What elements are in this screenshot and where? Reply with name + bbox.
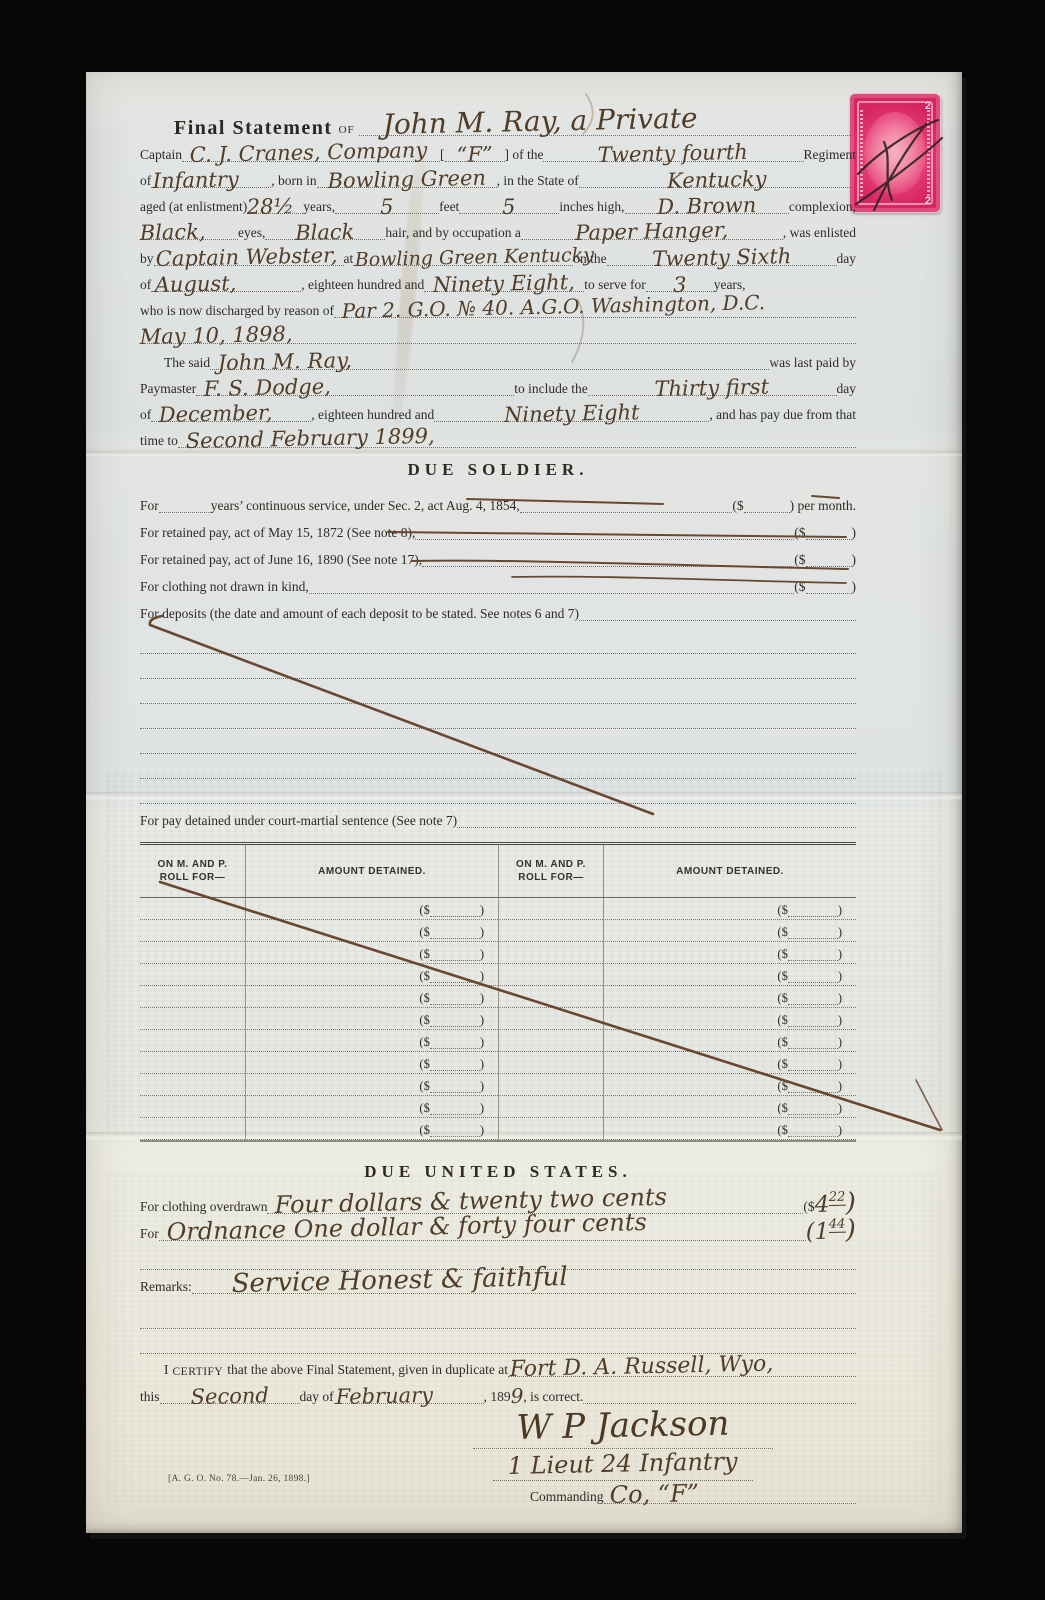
printed-text: ($ [777,969,787,984]
printed-text: ) [480,969,484,984]
table-row: ($) ($) [140,1074,856,1096]
printed-text: ) [838,991,842,1006]
printed-text: ) [480,1035,484,1050]
printed-text: ) [480,1079,484,1094]
roll-cell [140,898,245,920]
table-row: ($) ($) [140,1118,856,1140]
amount-cell: ($) [603,1030,856,1052]
dotted-leader [430,908,480,917]
field-enlist-year: Ninety Eight, [424,265,584,292]
printed-text: ($ [419,991,429,1006]
roll-cell [140,1074,245,1096]
table-row: ($) ($) [140,942,856,964]
hw-commanding-co: Co, “F” [609,1479,699,1509]
roll-cell [140,920,245,942]
dotted-leader [422,539,794,567]
dotted-leader [788,952,838,961]
field-hair: Black [265,213,385,240]
printed-text: ) [480,1013,484,1028]
dotted-leader [430,974,480,983]
printed-text: ($ [419,969,429,984]
blank-dotted-line [140,754,856,779]
form-line: For Ordnance One dollar & forty four cen… [140,1218,856,1245]
blank-dotted-line [140,679,856,704]
field-serve-years: 3 [646,265,714,292]
hw-paren: ) [845,1215,856,1245]
printed-text: ($ [794,552,805,568]
field-commanding-co: Co, “F” [604,1477,857,1504]
table-row: ($) ($) [140,1052,856,1074]
remarks-label: Remarks: [140,1279,192,1295]
amount-cell: ($) [245,1096,498,1118]
printed-text: ($ [777,903,787,918]
printed-text: ) [838,1101,842,1116]
roll-cell [140,942,245,964]
field-said-name: John M. Ray, [210,343,769,370]
field-discharge-reason: Par 2. G.O. № 40. A.G.O. Washington, D.C… [334,291,856,318]
amount-cell: ($) [603,1052,856,1074]
dotted-leader [430,1106,480,1115]
roll-cell [498,1052,603,1074]
certificate-section: I Certify that the above Final Statement… [140,1354,856,1508]
roll-cell [498,1074,603,1096]
stamp-microtext [860,110,863,196]
due-soldier-section: DUE SOLDIER. For years’ continuous servi… [140,460,856,832]
field-paymaster: F. S. Dodge, [196,369,514,396]
table-row: ($) ($) [140,986,856,1008]
column-header-roll: ON M. AND P. ROLL FOR— [140,845,245,897]
printed-text: day of [300,1389,334,1405]
table-row: ($) ($) [140,898,856,920]
dotted-leader [430,1128,480,1137]
hw-amount-dollars: 1 [814,1219,829,1245]
dotted-leader [415,512,794,540]
printed-text: ($ [777,925,787,940]
field-feet: 5 [335,187,439,214]
field-occupation: Paper Hanger, [521,213,783,240]
field-company-letter: “F” [445,135,505,162]
hw-inches: 5 [502,195,516,219]
column-header-amount: AMOUNT DETAINED. [245,845,498,897]
column-header-roll: ON M. AND P. ROLL FOR— [498,845,603,897]
field-service-years [159,485,211,513]
printed-text: ) [838,1079,842,1094]
dotted-leader [430,1084,480,1093]
roll-cell [140,1052,245,1074]
printed-text: of [140,173,151,189]
table-row: ($) ($) [140,964,856,986]
field-place-given: Fort D. A. Russell, Wyo, [508,1349,856,1377]
printed-text: ($ [419,947,429,962]
printed-text: ) [480,991,484,1006]
dotted-leader [788,1062,838,1071]
printed-text: For pay detained under court-martial sen… [140,813,457,829]
dotted-leader [788,974,838,983]
amount-cell: ($) [603,1074,856,1096]
field-inches: 5 [459,187,559,214]
printed-text: ($ [777,991,787,1006]
dotted-leader [430,930,480,939]
dotted-leader [430,996,480,1005]
printed-text: of [140,277,151,293]
printed-text: ($ [419,903,429,918]
printed-text: of [140,407,151,423]
amount-cell: ($) [603,898,856,920]
dotted-leader [579,593,856,621]
printed-text: at [344,251,354,267]
printed-text: ($ [419,1057,429,1072]
hw-enlist-month: August, [155,271,237,297]
stamp-microtext [927,110,930,196]
printed-text: ) [480,903,484,918]
roll-cell [140,964,245,986]
roll-cell [498,898,603,920]
form-line: Commanding Co, “F” [530,1482,856,1508]
dotted-leader [520,485,733,513]
printed-text: For retained pay, act of May 15, 1872 (S… [140,525,415,541]
printed-text: ) [852,525,857,541]
dotted-leader [457,799,856,828]
form-line: For deposits (the date and amount of eac… [140,598,856,625]
form-line: For pay detained under court-martial sen… [140,804,856,832]
printed-text: For [140,498,159,514]
blank-dotted-line [140,1304,856,1329]
printed-text: ) [480,1101,484,1116]
printed-text: ($ [419,1035,429,1050]
printed-text: For clothing not drawn in kind, [140,579,309,595]
form-footnote: [A. G. O. No. 78.—Jan. 26, 1898.] [168,1474,310,1484]
dotted-leader [788,1018,838,1027]
printed-text: For [140,1226,159,1242]
printed-text: , 189 [484,1389,511,1405]
dotted-leader [806,556,852,567]
amount-cell: ($) [245,1118,498,1140]
stamp-denomination: 2 [925,195,931,207]
dotted-leader [309,566,795,594]
dotted-leader [788,1084,838,1093]
printed-text: time to [140,433,178,449]
table-row: ($) ($) [140,920,856,942]
printed-text: For deposits (the date and amount of eac… [140,606,579,622]
table-row: ($) ($) [140,1030,856,1052]
printed-text: ) [838,969,842,984]
printed-text: ) [852,552,857,568]
dotted-leader [806,529,852,540]
amount-cell: ($) [245,942,498,964]
field-paid-day: Thirty first [588,369,837,396]
printed-text: complexion, [789,199,856,215]
field-soldier-name: John M. Ray, a Private [359,101,856,136]
field-branch: Infantry [151,161,271,188]
printed-text: ) [480,925,484,940]
roll-cell [498,986,603,1008]
table-body: ($) ($) ($) ($) ($) ($) ($) [140,898,856,1142]
field-month: February [334,1376,484,1404]
signature-block: W P Jackson 1 Lieut 24 Infantry Commandi… [390,1408,856,1508]
revenue-stamp: 2 2 [850,94,940,212]
hw-amount-cents: 22 [829,1190,846,1206]
printed-text: ) [838,1057,842,1072]
table-row: ($) ($) [140,1096,856,1118]
field-regiment: Twenty fourth [543,135,803,162]
dotted-leader [430,952,480,961]
column-header-amount: AMOUNT DETAINED. [603,845,856,897]
hw-rank-line: 1 Lieut 24 Infantry [507,1447,737,1480]
field-enlisted-by: Captain Webster, [154,239,344,266]
roll-cell [140,1030,245,1052]
amount-cell: ($) [603,1008,856,1030]
hw-paren: ( [805,1219,815,1245]
roll-cell [498,920,603,942]
printed-text: ) [480,947,484,962]
blank-dotted-line [140,729,856,754]
table-strike-hook [916,1080,942,1130]
field-enlist-day: Twenty Sixth [607,239,837,266]
form-line: this Second day of February , 189 9 , is… [140,1381,856,1408]
printed-text: day [837,381,857,397]
roll-cell [498,1096,603,1118]
field-paid-year: Ninety Eight [434,395,709,422]
printed-text: ($ [777,1101,787,1116]
field-state: Kentucky [579,161,856,188]
dotted-leader [788,908,838,917]
roll-cell [498,1030,603,1052]
amount-cell: ($) [603,964,856,986]
printed-text: ($ [777,1079,787,1094]
amount-cell: ($) [245,1008,498,1030]
identity-section: Final Statement of John M. Ray, a Privat… [140,106,856,452]
final-statement-document: 2 2 Final Statement of John M. Ray, a Pr… [86,72,962,1533]
dotted-leader [430,1018,480,1027]
field-eyes: Black, [140,213,238,240]
printed-text: ) [838,1013,842,1028]
printed-text: , is correct. [523,1389,583,1405]
roll-cell [140,1118,245,1140]
printed-text: ($ [777,1013,787,1028]
amount-cell: ($) [245,1030,498,1052]
field-captain-company: C. J. Cranes, Company [182,135,440,162]
due-united-states-section: DUE UNITED STATES. For clothing overdraw… [140,1162,856,1354]
hw-day: Second [190,1383,269,1409]
roll-cell [498,1008,603,1030]
dotted-leader [430,1040,480,1049]
printed-text: ($ [419,1123,429,1138]
roll-cell [498,942,603,964]
amount-cell: ($) [245,986,498,1008]
dotted-leader [788,1040,838,1049]
dotted-leader [788,1106,838,1115]
field-complexion: D. Brown [625,187,789,214]
amount-cell: ($) [603,1118,856,1140]
field-birthplace: Bowling Green [317,161,497,188]
printed-text: ] of the [505,147,544,163]
hw-year-digit: 9 [510,1384,523,1408]
printed-text: feet [439,199,459,215]
printed-text: ) per month. [790,498,856,514]
hw-pay-due-until: Second February 1899, [185,424,434,453]
roll-cell [140,1008,245,1030]
roll-cell [140,1096,245,1118]
printed-text: day [837,251,857,267]
blank-dotted-line [140,629,856,654]
amount-cell: ($) [245,964,498,986]
amount-cell: ($) [245,920,498,942]
table-header-row: ON M. AND P. ROLL FOR— AMOUNT DETAINED. … [140,842,856,898]
amount-cell: ($) [603,942,856,964]
hw-branch: Infantry [153,167,239,193]
amount-cell: ($) [245,1074,498,1096]
printed-text: ($ [419,925,429,940]
court-martial-table: ON M. AND P. ROLL FOR— AMOUNT DETAINED. … [140,842,856,1142]
printed-text: ($ [777,1123,787,1138]
dotted-leader [788,1128,838,1137]
hw-ordnance: Ordnance One dollar & forty four cents [166,1208,647,1246]
roll-cell [498,964,603,986]
printed-text: ) [480,1057,484,1072]
dotted-leader [430,1062,480,1071]
amount-cell: ($) [603,1096,856,1118]
field-pay-due-until: Second February 1899, [178,421,856,448]
printed-text: ) [838,1123,842,1138]
due-soldier-heading: DUE SOLDIER. [140,460,856,490]
field-enlist-month: August, [151,265,301,292]
amount-cell: ($) [603,920,856,942]
hw-month: February [335,1383,433,1409]
hw-signature: W P Jackson [516,1404,730,1448]
table-row: ($) ($) [140,1008,856,1030]
printed-text: ) [480,1123,484,1138]
field-remarks: Service Honest & faithful [192,1265,856,1294]
roll-cell [498,1118,603,1140]
field-ordnance: Ordnance One dollar & forty four cents [159,1213,806,1241]
stamp-denomination: 2 [925,100,931,112]
field-age: 28½ [247,187,303,214]
scanned-document-page: { "stamp": { "denomination": "2" }, "ide… [0,0,1045,1600]
hw-amount-cents: 44 [829,1217,846,1233]
hw-remarks: Service Honest & faithful [231,1262,568,1299]
printed-text: Commanding [530,1489,604,1505]
field-discharge-date: May 10, 1898, [140,317,856,344]
field-day: Second [160,1376,300,1404]
field-enlist-place: Bowling Green Kentucky [353,239,573,266]
printed-text: ($ [419,1101,429,1116]
amount-cell: ($) [245,1052,498,1074]
form-line: Remarks: Service Honest & faithful [140,1270,856,1298]
printed-text: ($ [419,1079,429,1094]
printed-text: ) [838,903,842,918]
field-paid-month: December, [151,395,311,422]
printed-text: ($ [777,947,787,962]
printed-text: ($ [777,1035,787,1050]
printed-text: ) [838,947,842,962]
hw-paren: ) [845,1188,856,1218]
printed-text: ($ [777,1057,787,1072]
dotted-leader [583,1376,856,1404]
dotted-leader [788,996,838,1005]
stamp-vignette [864,112,926,194]
blank-dotted-line [140,654,856,679]
deposit-blank-lines [140,629,856,804]
dotted-leader [788,930,838,939]
amount-cell: ($) [603,986,856,1008]
printed-text: ($ [794,525,805,541]
roll-cell [140,986,245,1008]
printed-text: this [140,1389,160,1405]
printed-text: ($ [419,1013,429,1028]
blank-dotted-line [140,704,856,729]
amount-cell: ($) [245,898,498,920]
form-line: time to Second February 1899, [140,426,856,452]
printed-text: ) [838,925,842,940]
printed-text: ) [838,1035,842,1050]
